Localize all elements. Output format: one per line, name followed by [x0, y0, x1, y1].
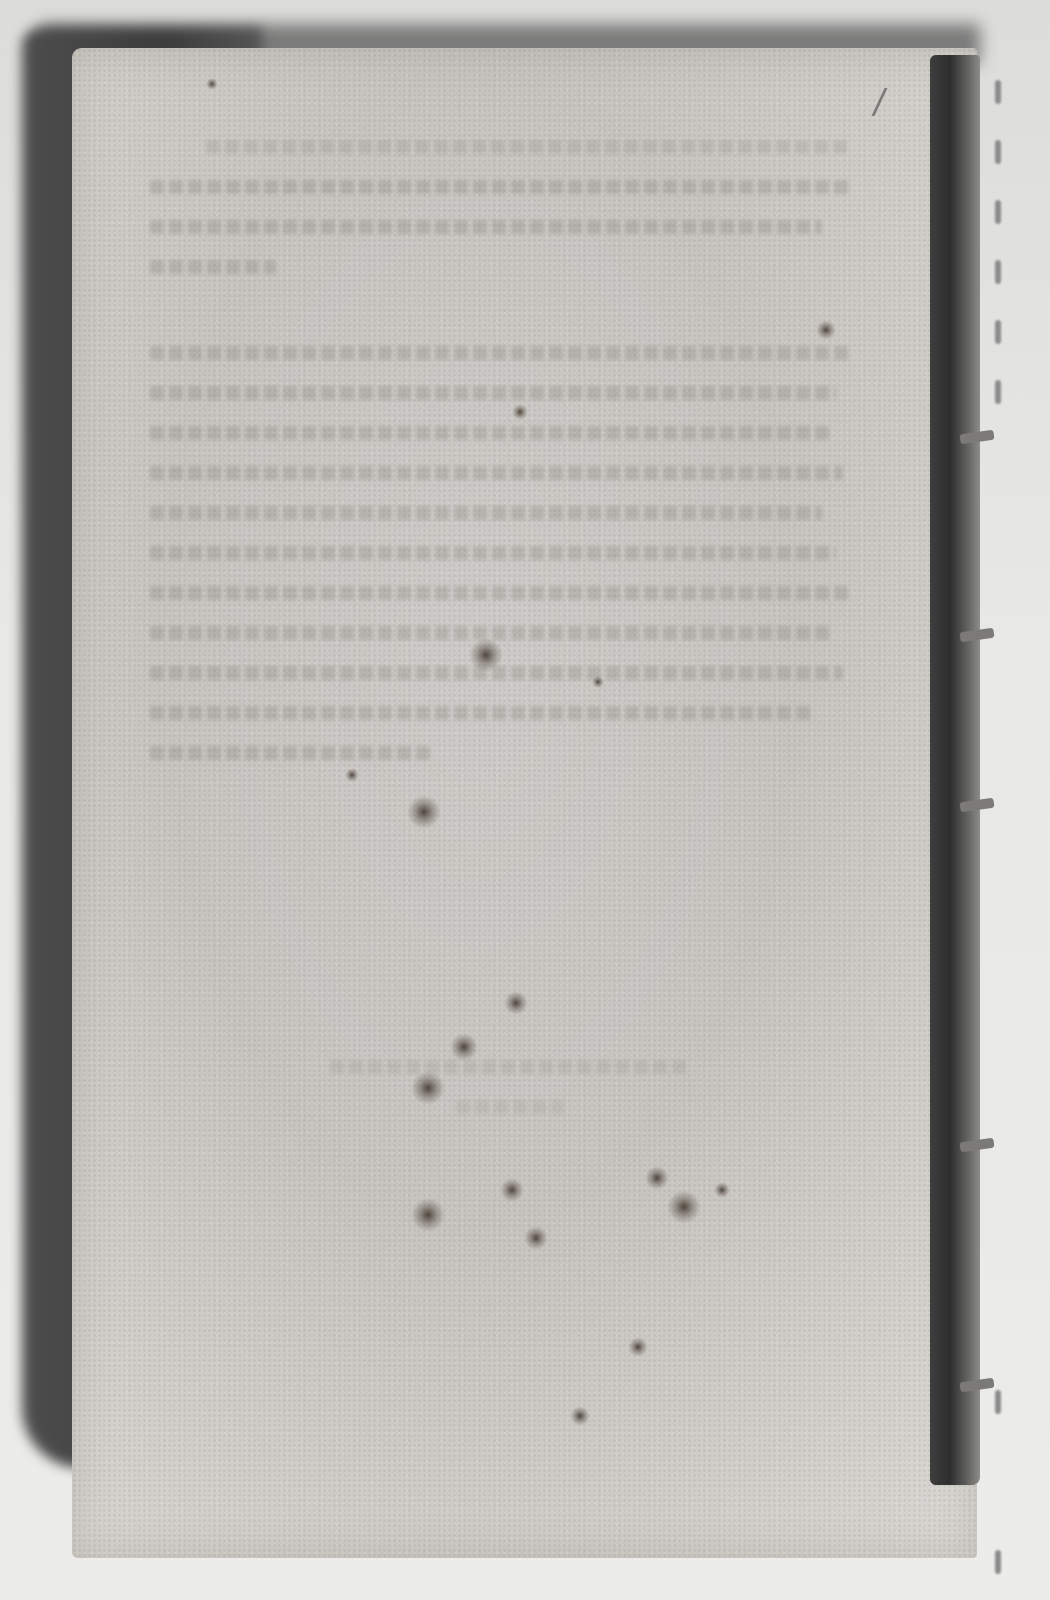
foxing-spot — [206, 78, 218, 90]
show-through-text-lower — [330, 1060, 690, 1140]
thread-mark — [995, 1550, 1001, 1574]
thread-marks — [995, 40, 1005, 1600]
thread-mark — [995, 260, 1001, 284]
text-line — [150, 706, 815, 720]
text-line — [206, 140, 850, 154]
text-line — [150, 220, 822, 234]
text-line — [330, 1060, 690, 1074]
text-line — [150, 386, 836, 400]
thread-mark — [995, 380, 1001, 404]
thread-mark — [995, 200, 1001, 224]
text-line — [150, 346, 850, 360]
foxing-spot — [469, 638, 503, 672]
text-line — [150, 426, 829, 440]
text-line — [150, 746, 430, 760]
text-line — [150, 586, 850, 600]
text-line — [150, 466, 843, 480]
foxing-spot — [411, 1071, 445, 1105]
foxing-spot — [504, 991, 528, 1015]
text-line — [456, 1100, 564, 1114]
foxing-spot — [407, 795, 441, 829]
foxing-spot — [592, 676, 604, 688]
foxing-spot — [411, 1198, 445, 1232]
thread-mark — [995, 80, 1001, 104]
photograph: Verso of an old printed book leaf with s… — [0, 0, 1050, 1600]
foxing-spot — [500, 1178, 524, 1202]
thread-mark — [995, 140, 1001, 164]
text-line — [150, 546, 836, 560]
foxing-spot — [628, 1337, 647, 1356]
text-line — [150, 260, 276, 274]
thread-mark — [995, 320, 1001, 344]
text-line — [150, 180, 850, 194]
foxing-spot — [816, 320, 835, 339]
foxing-spot — [667, 1190, 701, 1224]
thread-mark — [995, 1390, 1001, 1414]
foxing-spot — [570, 1406, 589, 1425]
stitched-spine — [930, 55, 980, 1485]
foxing-spot — [645, 1166, 669, 1190]
foxing-spot — [524, 1226, 548, 1250]
text-line — [150, 506, 822, 520]
show-through-text-upper — [150, 140, 850, 786]
